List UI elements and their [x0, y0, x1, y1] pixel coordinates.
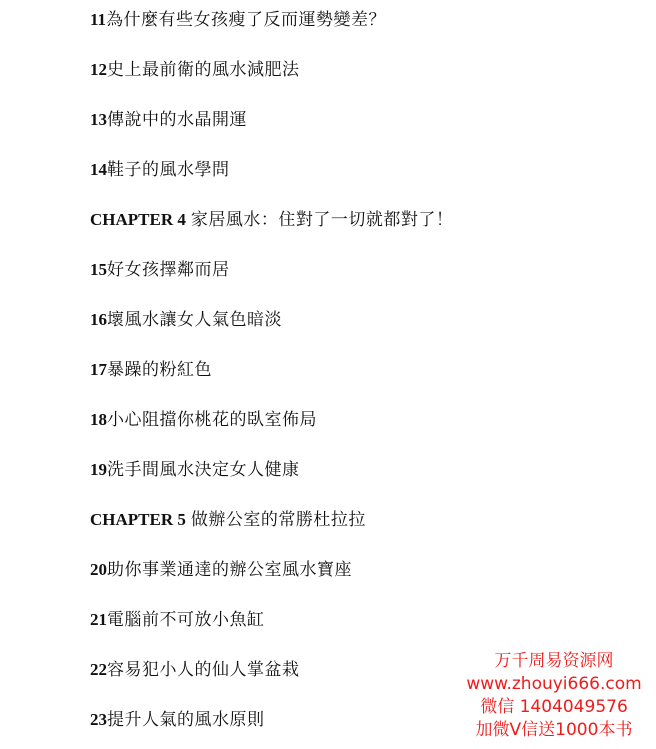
toc-entry: 19洗手間風水決定女人健康: [90, 457, 453, 507]
entry-number: 15: [90, 260, 107, 279]
watermark-promo: 加微V信送1000本书: [452, 719, 656, 742]
toc-entry: 11為什麼有些女孩瘦了反而運勢變差？: [90, 7, 453, 57]
entry-title: 史上最前衛的風水減肥法: [107, 60, 300, 79]
entry-number: 14: [90, 160, 107, 179]
entry-number: 12: [90, 60, 107, 79]
toc-entry: 17暴躁的粉紅色: [90, 357, 453, 407]
chapter-heading: CHAPTER 4家居風水：住對了一切就都對了！: [90, 207, 453, 257]
entry-number: 18: [90, 410, 107, 429]
entry-number: 19: [90, 460, 107, 479]
entry-title: 暴躁的粉紅色: [107, 360, 212, 379]
entry-title: 電腦前不可放小魚缸: [107, 610, 265, 629]
watermark-site-name: 万千周易资源网: [452, 650, 656, 673]
chapter-number: CHAPTER 4: [90, 210, 186, 229]
chapter-title: 家居風水：住對了一切就都對了！: [191, 210, 454, 229]
chapter-number: CHAPTER 5: [90, 510, 186, 529]
chapter-title: 做辦公室的常勝杜拉拉: [191, 510, 366, 529]
toc-entry: 18小心阻擋你桃花的臥室佈局: [90, 407, 453, 457]
watermark-overlay: 万千周易资源网 www.zhouyi666.com 微信 1404049576 …: [452, 650, 656, 742]
toc-entry: 16壞風水讓女人氣色暗淡: [90, 307, 453, 357]
toc-entry: 22容易犯小人的仙人掌盆栽: [90, 657, 453, 707]
table-of-contents: 11為什麼有些女孩瘦了反而運勢變差？ 12史上最前衛的風水減肥法 13傳說中的水…: [90, 7, 453, 749]
entry-title: 助你事業通達的辦公室風水寶座: [107, 560, 352, 579]
entry-title: 洗手間風水決定女人健康: [107, 460, 300, 479]
entry-number: 13: [90, 110, 107, 129]
entry-title: 小心阻擋你桃花的臥室佈局: [107, 410, 317, 429]
entry-title: 傳說中的水晶開運: [107, 110, 247, 129]
entry-number: 16: [90, 310, 107, 329]
toc-entry: 20助你事業通達的辦公室風水寶座: [90, 557, 453, 607]
toc-entry: 13傳說中的水晶開運: [90, 107, 453, 157]
entry-title: 好女孩擇鄰而居: [107, 260, 230, 279]
toc-entry: 12史上最前衛的風水減肥法: [90, 57, 453, 107]
toc-entry: 14鞋子的風水學問: [90, 157, 453, 207]
watermark-wechat: 微信 1404049576: [452, 696, 656, 719]
entry-number: 20: [90, 560, 107, 579]
toc-entry: 23提升人氣的風水原則: [90, 707, 453, 749]
entry-title: 提升人氣的風水原則: [107, 710, 265, 729]
entry-title: 鞋子的風水學問: [107, 160, 230, 179]
chapter-heading: CHAPTER 5做辦公室的常勝杜拉拉: [90, 507, 453, 557]
entry-number: 22: [90, 660, 107, 679]
entry-number: 17: [90, 360, 107, 379]
entry-title: 容易犯小人的仙人掌盆栽: [107, 660, 300, 679]
entry-number: 21: [90, 610, 107, 629]
toc-entry: 21電腦前不可放小魚缸: [90, 607, 453, 657]
toc-entry: 15好女孩擇鄰而居: [90, 257, 453, 307]
entry-title: 壞風水讓女人氣色暗淡: [107, 310, 282, 329]
entry-number: 11: [90, 10, 106, 29]
watermark-url: www.zhouyi666.com: [452, 673, 656, 696]
entry-number: 23: [90, 710, 107, 729]
entry-title: 為什麼有些女孩瘦了反而運勢變差？: [106, 10, 386, 29]
